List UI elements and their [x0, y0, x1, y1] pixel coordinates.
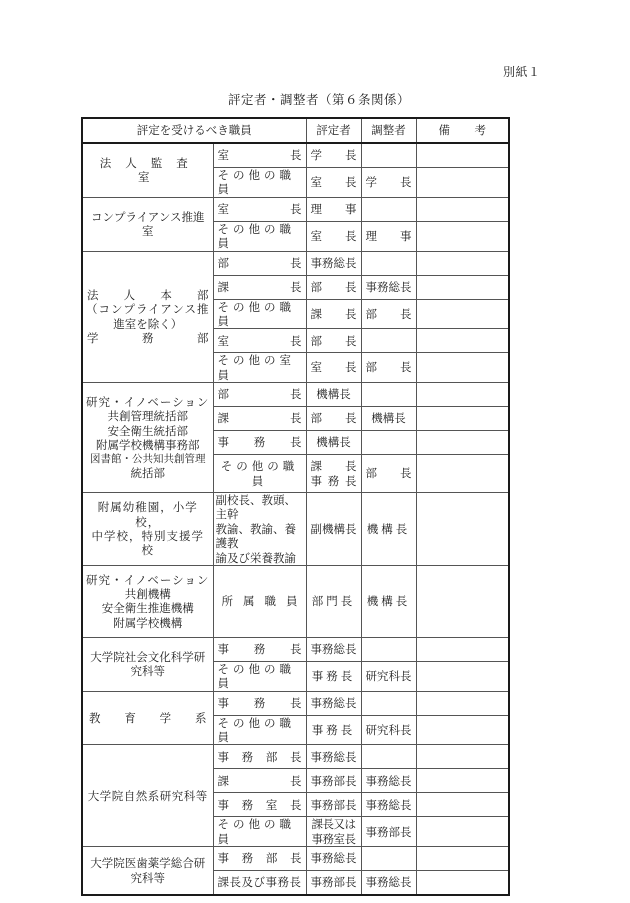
section-name: 大学院医歯薬学総合研究科等: [82, 847, 213, 896]
section-name: 法人本部 （コンプライアンス推 進室を除く） 学務部: [82, 251, 213, 383]
section-line: 共創機構: [85, 587, 211, 601]
coordinator-cell: [361, 143, 416, 168]
coordinator-cell: [361, 383, 416, 407]
remarks-cell: [416, 769, 509, 793]
position-cell: 室長: [213, 329, 306, 353]
remarks-cell: [416, 275, 509, 299]
position-cell: 所属職員: [213, 565, 306, 637]
remarks-cell: [416, 715, 509, 745]
remarks-cell: [416, 847, 509, 871]
position-cell: 事務長: [213, 431, 306, 455]
section-line: 統括部: [85, 466, 211, 480]
coordinator-cell: [361, 329, 416, 353]
coordinator-cell: 事務総長: [361, 871, 416, 896]
table-row: コンプライアンス推進室 室長 理事: [82, 197, 509, 221]
section-line: 進室を除く）: [85, 317, 211, 331]
remarks-cell: [416, 251, 509, 275]
table-header-row: 評定を受けるべき職員 評定者 調整者 備 考: [82, 118, 509, 143]
section-name: 法人監査室: [82, 143, 213, 197]
table-row: 法人監査室 室長 学長: [82, 143, 509, 168]
coordinator-cell: 機構長: [361, 407, 416, 431]
table-row: 大学院自然系研究科等 事務部長 事務総長: [82, 745, 509, 769]
section-name: 教育学系: [82, 691, 213, 745]
position-cell: その他の職員: [213, 715, 306, 745]
coordinator-cell: 事務総長: [361, 769, 416, 793]
coordinator-cell: 部長: [361, 299, 416, 329]
evaluator-cell: 事務部長: [306, 871, 361, 896]
position-cell: その他の職員: [213, 168, 306, 198]
section-line: 法人本部: [85, 288, 211, 302]
coordinator-cell: [361, 197, 416, 221]
section-line: 研究・イノベーション: [85, 395, 211, 409]
table-row: 大学院社会文化科学研究科等 事務長 事務総長: [82, 637, 509, 661]
position-cell: 課長: [213, 407, 306, 431]
section-name: 大学院社会文化科学研究科等: [82, 637, 213, 691]
coordinator-cell: [361, 847, 416, 871]
evaluator-cell: 事務長: [306, 715, 361, 745]
remarks-cell: [416, 407, 509, 431]
evaluator-cell: 事務部長: [306, 793, 361, 817]
evaluator-cell: 機構長: [306, 431, 361, 455]
remarks-cell: [416, 383, 509, 407]
coordinator-cell: 事務部長: [361, 817, 416, 847]
position-cell: 事務室長: [213, 793, 306, 817]
section-line: 共創管理統括部: [85, 409, 211, 423]
evaluator-cell: 事務総長: [306, 847, 361, 871]
section-line: 図書館・公共知共創管理: [85, 453, 211, 466]
header-staff: 評定を受けるべき職員: [82, 118, 306, 143]
section-line: （コンプライアンス推: [85, 302, 211, 316]
section-name: 大学院自然系研究科等: [82, 745, 213, 847]
position-cell: 事務長: [213, 637, 306, 661]
evaluator-cell: 事務総長: [306, 691, 361, 715]
evaluator-cell: 室長: [306, 168, 361, 198]
position-cell: 部長: [213, 251, 306, 275]
evaluator-cell: 機構長: [306, 383, 361, 407]
position-cell: 課長及び事務長: [213, 871, 306, 896]
evaluator-cell: 学長: [306, 143, 361, 168]
evaluator-cell: 事務総長: [306, 637, 361, 661]
header-evaluator: 評定者: [306, 118, 361, 143]
position-cell: 事務長: [213, 691, 306, 715]
remarks-cell: [416, 299, 509, 329]
remarks-cell: [416, 691, 509, 715]
header-remarks-1: 備: [439, 123, 451, 137]
position-line: 副校長、教頭、主幹: [216, 493, 304, 522]
coordinator-cell: [361, 637, 416, 661]
section-line: 研究・イノベーション: [85, 573, 211, 587]
coordinator-cell: 研究科長: [361, 715, 416, 745]
coordinator-cell: 部長: [361, 353, 416, 383]
position-cell: 部長: [213, 383, 306, 407]
position-line: 諭及び栄養教諭: [216, 551, 304, 565]
position-cell: 課長: [213, 275, 306, 299]
evaluator-cell: 部長: [306, 275, 361, 299]
evaluator-cell: 事務長: [306, 661, 361, 691]
remarks-cell: [416, 565, 509, 637]
coordinator-cell: [361, 251, 416, 275]
position-cell: 副校長、教頭、主幹 教諭、教諭、養護教 諭及び栄養教諭: [213, 493, 306, 566]
remarks-cell: [416, 455, 509, 493]
remarks-cell: [416, 745, 509, 769]
section-name: 附属幼稚園，小学校， 中学校，特別支援学校: [82, 493, 213, 566]
evaluator-cell: 室長: [306, 353, 361, 383]
evaluator-cell: 部門長: [306, 565, 361, 637]
evaluator-cell: 事務総長: [306, 251, 361, 275]
coordinator-cell: 事務総長: [361, 793, 416, 817]
position-cell: 課長: [213, 769, 306, 793]
coordinator-cell: [361, 431, 416, 455]
evaluator-cell: 部長: [306, 407, 361, 431]
remarks-cell: [416, 143, 509, 168]
evaluator-table: 評定を受けるべき職員 評定者 調整者 備 考 法人監査室 室長 学長 その他の職…: [81, 117, 510, 896]
position-cell: その他の職員: [213, 661, 306, 691]
section-line: 附属幼稚園，小学校，: [87, 500, 209, 529]
position-cell: 室長: [213, 197, 306, 221]
position-cell: 室長: [213, 143, 306, 168]
table-row: 附属幼稚園，小学校， 中学校，特別支援学校 副校長、教頭、主幹 教諭、教諭、養護…: [82, 493, 509, 566]
evaluator-cell: 副機構長: [306, 493, 361, 566]
remarks-cell: [416, 197, 509, 221]
evaluator-cell: 課長又は事務室長: [306, 817, 361, 847]
position-cell: その他の職員: [213, 455, 306, 493]
remarks-cell: [416, 168, 509, 198]
coordinator-cell: 部長: [361, 455, 416, 493]
document-title: 評定者・調整者（第６条関係）: [0, 90, 630, 108]
coordinator-cell: [361, 691, 416, 715]
section-line: 附属学校機構事務部: [85, 438, 211, 452]
coordinator-cell: 研究科長: [361, 661, 416, 691]
section-line: 安全衛生推進機構: [85, 601, 211, 615]
remarks-cell: [416, 353, 509, 383]
table-row: 教育学系 事務長 事務総長: [82, 691, 509, 715]
remarks-cell: [416, 329, 509, 353]
header-remarks-2: 考: [475, 123, 487, 137]
section-line: 中学校，特別支援学校: [87, 529, 209, 558]
remarks-cell: [416, 871, 509, 896]
position-cell: その他の職員: [213, 221, 306, 251]
coordinator-cell: 理事: [361, 221, 416, 251]
coordinator-cell: 学長: [361, 168, 416, 198]
evaluator-cell: 事務総長: [306, 745, 361, 769]
section-name: コンプライアンス推進室: [82, 197, 213, 251]
position-cell: 事務部長: [213, 847, 306, 871]
evaluator-cell: 事務部長: [306, 769, 361, 793]
table-row: 大学院医歯薬学総合研究科等 事務部長 事務総長: [82, 847, 509, 871]
position-cell: その他の室員: [213, 353, 306, 383]
remarks-cell: [416, 221, 509, 251]
position-cell: その他の職員: [213, 299, 306, 329]
section-line: 安全衛生統括部: [85, 424, 211, 438]
position-line: 教諭、教諭、養護教: [216, 522, 304, 551]
header-remarks: 備 考: [416, 118, 509, 143]
evaluator-cell: 理事: [306, 197, 361, 221]
attachment-label: 別紙１: [503, 63, 541, 80]
section-name: 研究・イノベーション 共創機構 安全衛生推進機構 附属学校機構: [82, 565, 213, 637]
coordinator-cell: [361, 745, 416, 769]
coordinator-cell: 機構長: [361, 565, 416, 637]
remarks-cell: [416, 637, 509, 661]
position-cell: 事務部長: [213, 745, 306, 769]
remarks-cell: [416, 661, 509, 691]
header-coordinator: 調整者: [361, 118, 416, 143]
section-name: 研究・イノベーション 共創管理統括部 安全衛生統括部 附属学校機構事務部 図書館…: [82, 383, 213, 493]
remarks-cell: [416, 431, 509, 455]
table-row: 法人本部 （コンプライアンス推 進室を除く） 学務部 部長 事務総長: [82, 251, 509, 275]
evaluator-cell: 課長: [306, 299, 361, 329]
section-line: 学務部: [85, 331, 211, 345]
evaluator-cell: 課長 事務長: [306, 455, 361, 493]
position-cell: その他の職員: [213, 817, 306, 847]
evaluator-cell: 部長: [306, 329, 361, 353]
remarks-cell: [416, 793, 509, 817]
coordinator-cell: 事務総長: [361, 275, 416, 299]
table-row: 研究・イノベーション 共創機構 安全衛生推進機構 附属学校機構 所属職員 部門長…: [82, 565, 509, 637]
table-row: 研究・イノベーション 共創管理統括部 安全衛生統括部 附属学校機構事務部 図書館…: [82, 383, 509, 407]
evaluator-cell: 室長: [306, 221, 361, 251]
section-line: 附属学校機構: [85, 616, 211, 630]
remarks-cell: [416, 817, 509, 847]
coordinator-cell: 機構長: [361, 493, 416, 566]
remarks-cell: [416, 493, 509, 566]
